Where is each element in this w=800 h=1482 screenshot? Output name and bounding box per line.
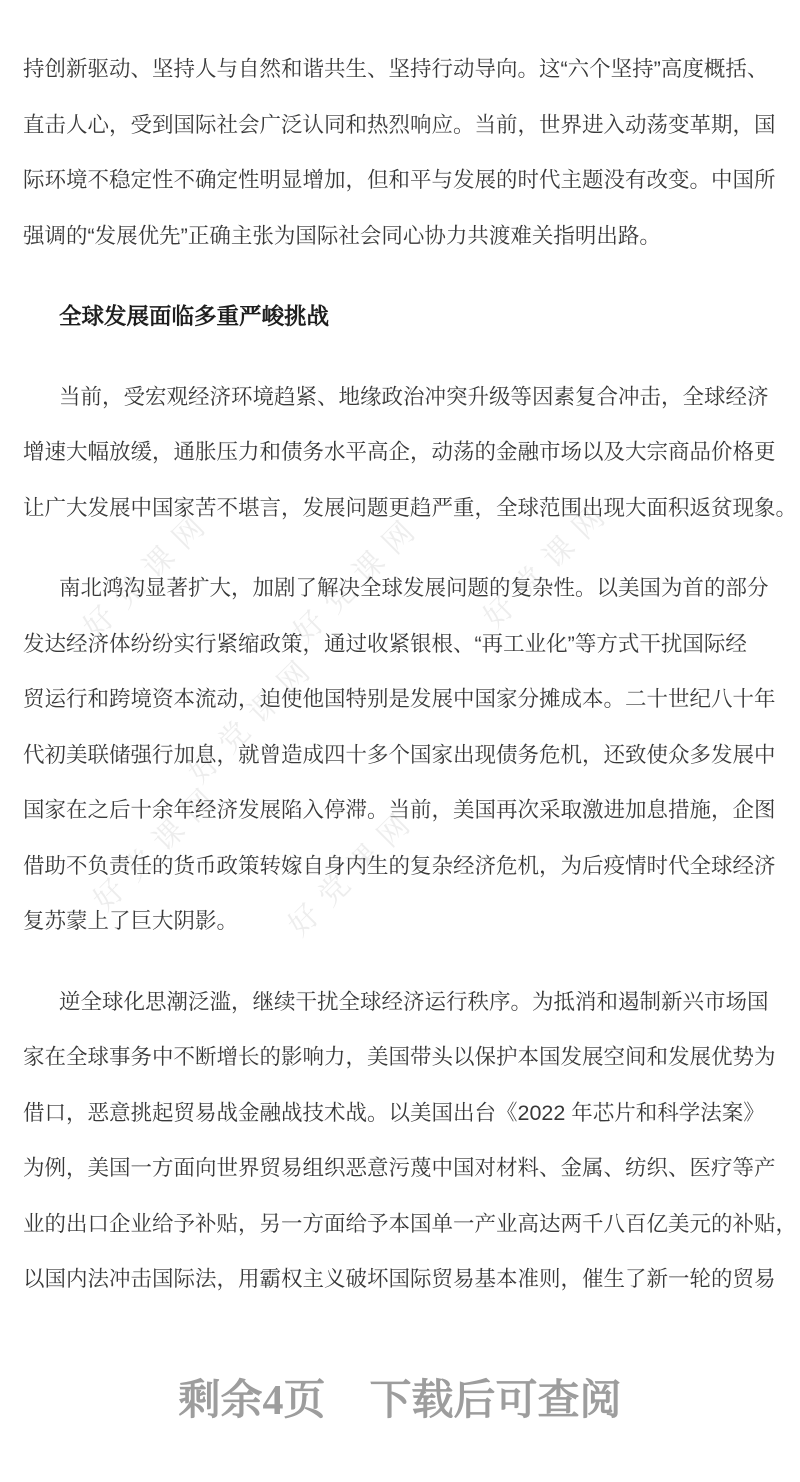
text-line: 复苏蒙上了巨大阴影。 xyxy=(23,894,777,950)
paragraph: 南北鸿沟显著扩大，加剧了解决全球发展问题的复杂性。以美国为首的部分 发达经济体纷… xyxy=(23,561,777,950)
text-line: 直击人心，受到国际社会广泛认同和热烈响应。当前，世界进入动荡变革期，国 xyxy=(23,98,777,154)
download-hint-label: 下载后可查阅 xyxy=(370,1378,622,1424)
document-content: 持创新驱动、坚持人与自然和谐共生、坚持行动导向。这“六个坚持”高度概括、 直击人… xyxy=(0,0,800,1436)
document-page: 好党课网 好党课网 好党课网 好党课网 好党课网 好党课网 持创新驱动、坚持人与… xyxy=(0,0,800,1482)
text-line: 贸运行和跨境资本流动，迫使他国特别是发展中国家分摊成本。二十世纪八十年 xyxy=(23,672,777,728)
text-line: 际环境不稳定性不确定性明显增加，但和平与发展的时代主题没有改变。中国所 xyxy=(23,153,777,209)
paragraph-continued: 持创新驱动、坚持人与自然和谐共生、坚持行动导向。这“六个坚持”高度概括、 直击人… xyxy=(23,42,777,264)
text-line: 为例，美国一方面向世界贸易组织恶意污蔑中国对材料、金属、纺织、医疗等产 xyxy=(23,1141,777,1197)
text-line: 代初美联储强行加息，就曾造成四十多个国家出现债务危机，还致使众多发展中 xyxy=(23,728,777,784)
text-line: 借口，恶意挑起贸易战金融战技术战。以美国出台《2022 年芯片和科学法案》 xyxy=(23,1086,777,1142)
pagination-notice: 剩余4页下载后可查阅 xyxy=(23,1366,777,1436)
paragraph: 逆全球化思潮泛滥，继续干扰全球经济运行秩序。为抵消和遏制新兴市场国 家在全球事务… xyxy=(23,975,777,1308)
text-line: 借助不负责任的货币政策转嫁自身内生的复杂经济危机，为后疫情时代全球经济 xyxy=(23,839,777,895)
section-heading: 全球发展面临多重严峻挑战 xyxy=(23,289,777,345)
text-line: 南北鸿沟显著扩大，加剧了解决全球发展问题的复杂性。以美国为首的部分 xyxy=(23,561,777,617)
text-line: 家在全球事务中不断增长的影响力，美国带头以保护本国发展空间和发展优势为 xyxy=(23,1030,777,1086)
remaining-pages-label: 剩余4页 xyxy=(178,1378,325,1424)
text-line: 增速大幅放缓，通胀压力和债务水平高企，动荡的金融市场以及大宗商品价格更 xyxy=(23,425,777,481)
text-line: 当前，受宏观经济环境趋紧、地缘政治冲突升级等因素复合冲击，全球经济 xyxy=(23,370,777,426)
text-line: 国家在之后十余年经济发展陷入停滞。当前，美国再次采取激进加息措施，企图 xyxy=(23,783,777,839)
text-line: 以国内法冲击国际法，用霸权主义破坏国际贸易基本准则，催生了新一轮的贸易 xyxy=(23,1252,777,1308)
text-line: 发达经济体纷纷实行紧缩政策，通过收紧银根、“再工业化”等方式干扰国际经 xyxy=(23,617,777,673)
text-line: 逆全球化思潮泛滥，继续干扰全球经济运行秩序。为抵消和遏制新兴市场国 xyxy=(23,975,777,1031)
text-line: 业的出口企业给予补贴，另一方面给予本国单一产业高达两千八百亿美元的补贴， xyxy=(23,1197,777,1253)
paragraph: 当前，受宏观经济环境趋紧、地缘政治冲突升级等因素复合冲击，全球经济 增速大幅放缓… xyxy=(23,370,777,537)
text-line: 让广大发展中国家苦不堪言，发展问题更趋严重，全球范围出现大面积返贫现象。 xyxy=(23,481,777,537)
text-line: 强调的“发展优先”正确主张为国际社会同心协力共渡难关指明出路。 xyxy=(23,209,777,265)
text-line: 持创新驱动、坚持人与自然和谐共生、坚持行动导向。这“六个坚持”高度概括、 xyxy=(23,42,777,98)
